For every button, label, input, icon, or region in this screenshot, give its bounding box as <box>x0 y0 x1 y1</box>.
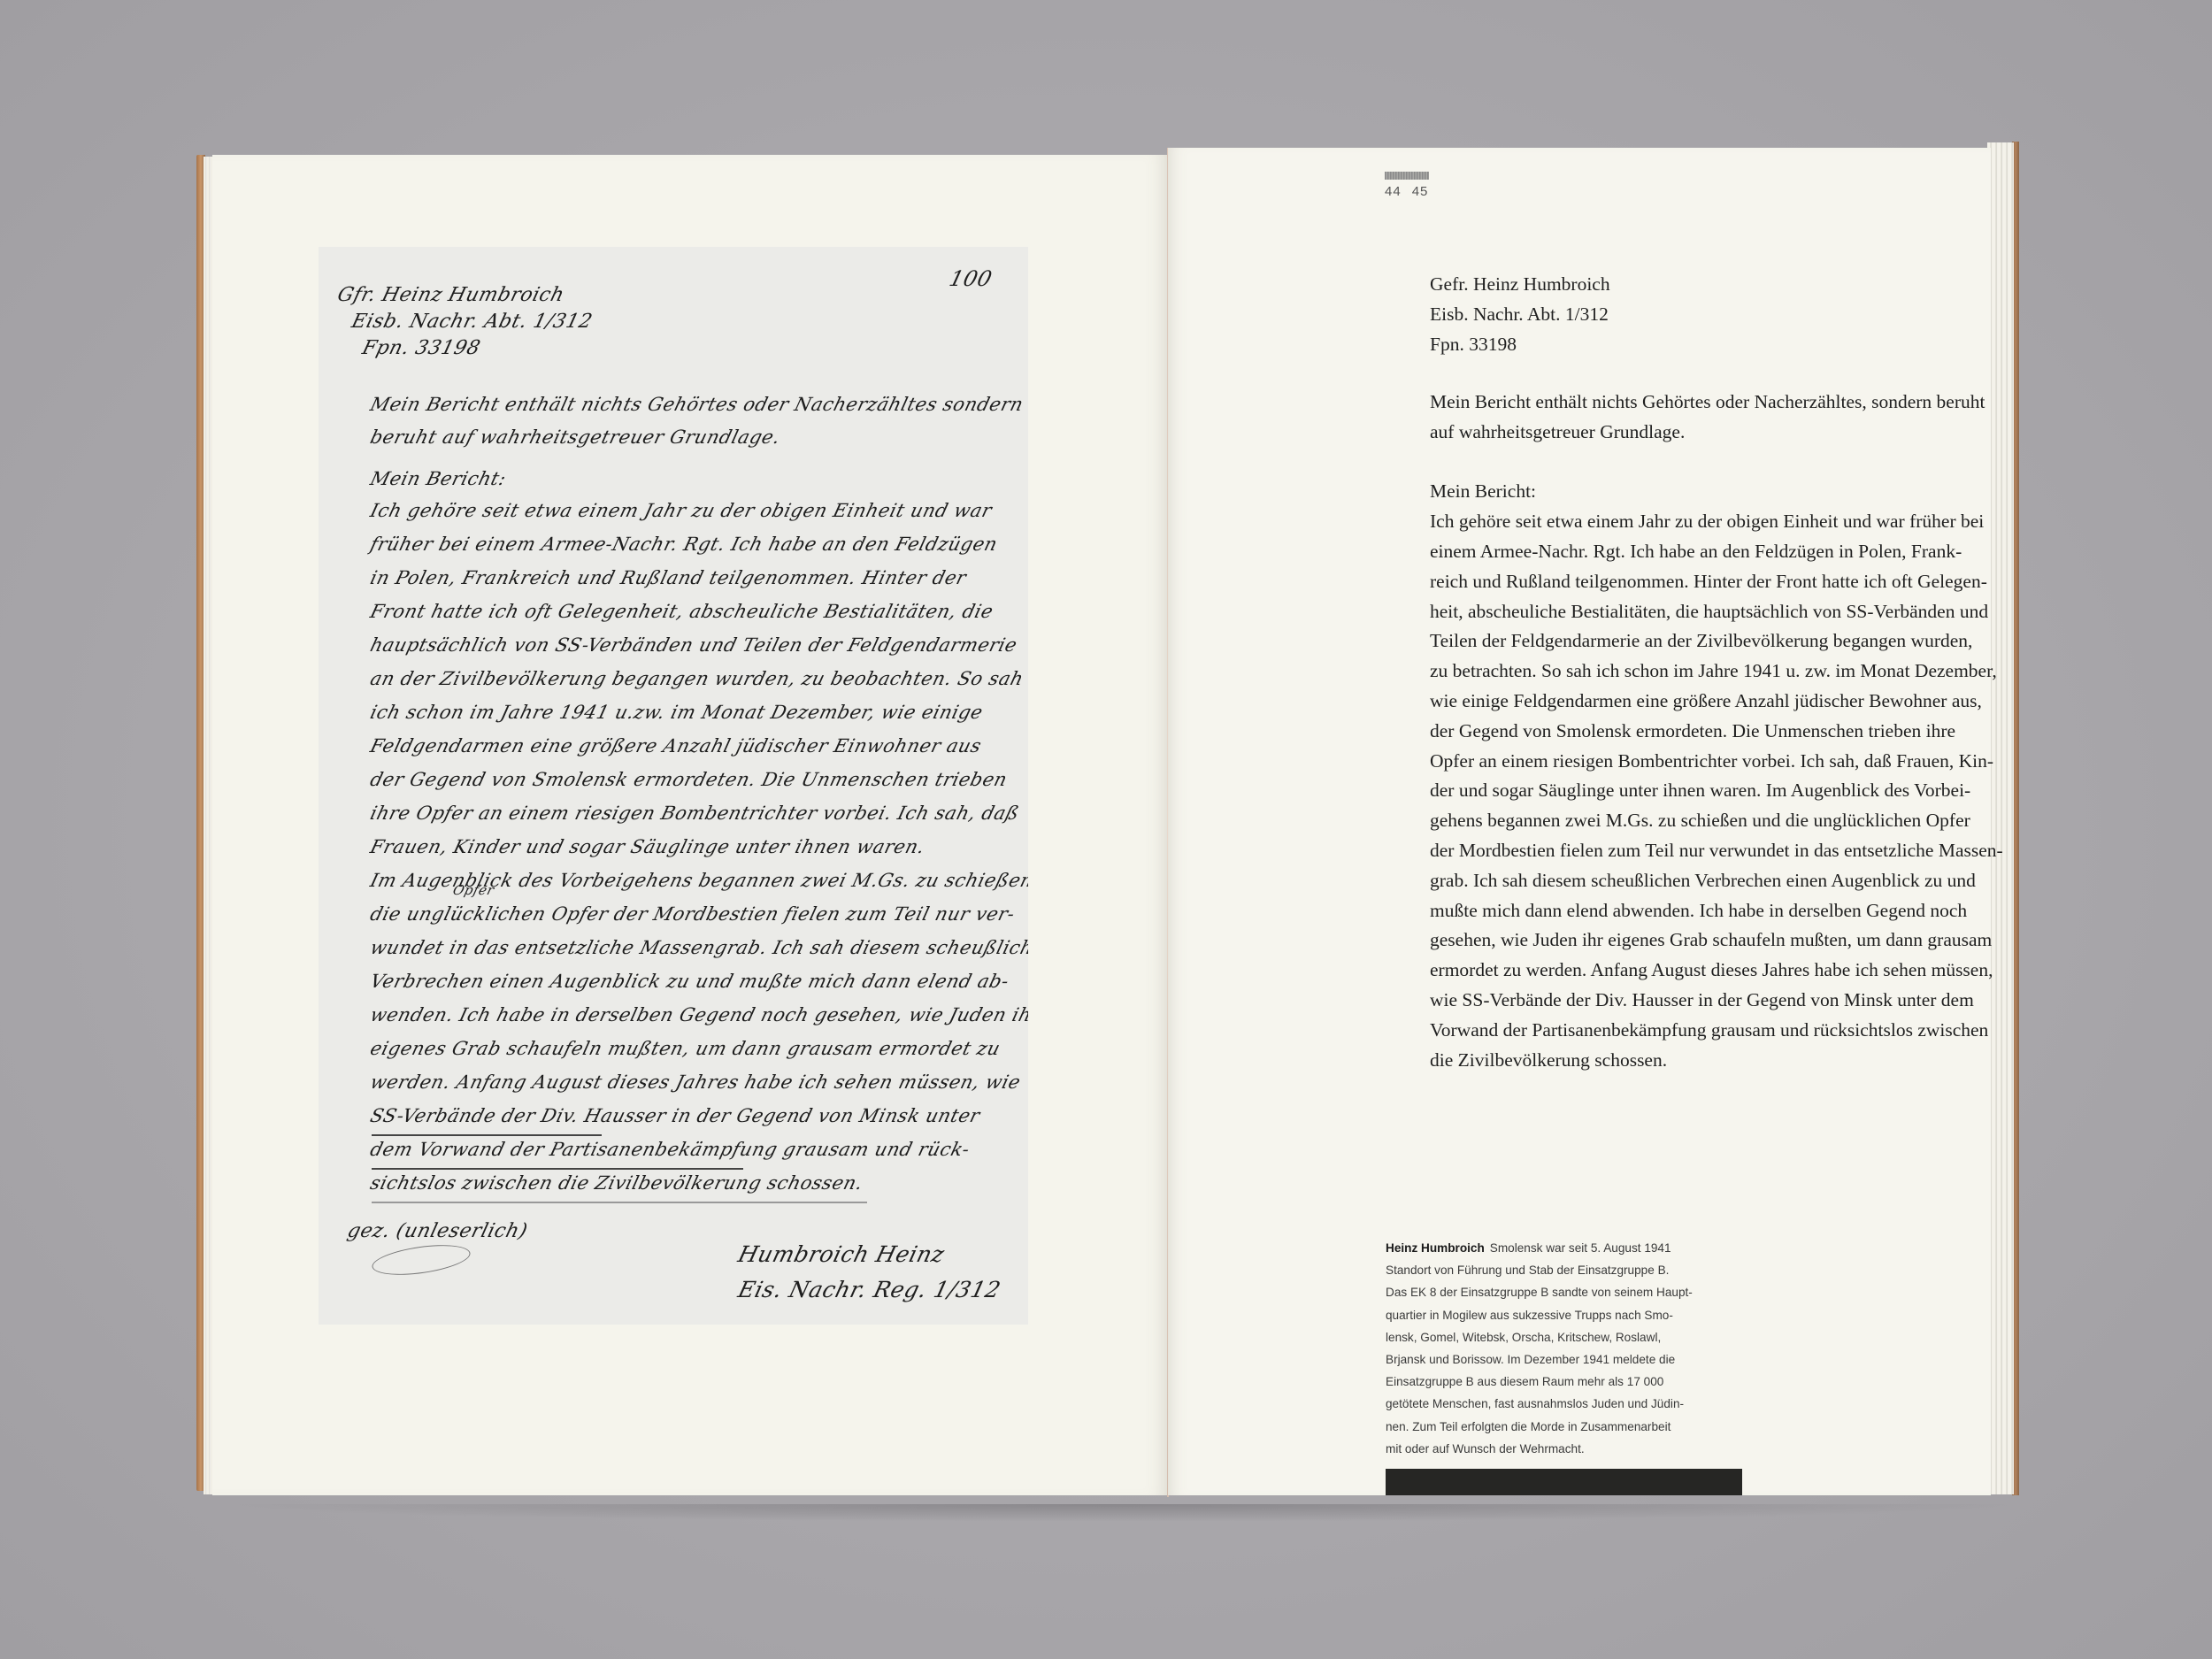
sidenote-text: Smolensk war seit 5. August 1941 <box>1490 1241 1671 1255</box>
sender-unit: Eisb. Nachr. Abt. 1/312 <box>1430 299 1610 329</box>
sidenote-line: getötete Menschen, fast ausnahmslos Jude… <box>1386 1393 1766 1415</box>
page-stack-right <box>1987 142 2014 1494</box>
archival-letter-facsimile: 100 Gfr. Heinz Humbroich Eisb. Nachr. Ab… <box>319 247 1028 1325</box>
signature-flourish <box>370 1240 472 1279</box>
page-number-left: 44 <box>1385 184 1402 199</box>
text-line: der Gegend von Smolensk ermordeten. Die … <box>1430 717 1934 747</box>
sender-name: Gefr. Heinz Humbroich <box>1430 269 1610 299</box>
letter-line: Mein Bericht: <box>366 461 511 496</box>
text-line: ermordet zu werden. Anfang August dieses… <box>1430 956 1934 986</box>
letter-line: sichtslos zwischen die Zivilbevölkerung … <box>366 1165 867 1201</box>
letter-page-stamp: 100 <box>947 266 995 291</box>
text-line: gehens begannen zwei M.Gs. zu schießen u… <box>1430 806 1934 836</box>
letter-header-line: Eisb. Nachr. Abt. 1/312 <box>349 309 595 335</box>
letter-line: an der Zivilbevölkerung begangen wurden,… <box>366 661 1027 696</box>
sender-block: Gefr. Heinz Humbroich Eisb. Nachr. Abt. … <box>1430 269 1610 359</box>
text-line: die Zivilbevölkerung schossen. <box>1430 1046 1934 1076</box>
report-heading: Mein Bericht: <box>1430 477 1934 507</box>
sidenote-line: lensk, Gomel, Witebsk, Orscha, Kritschew… <box>1386 1326 1766 1348</box>
text-line: Ich gehöre seit etwa einem Jahr zu der o… <box>1430 507 1934 537</box>
text-line: einem Armee-Nachr. Rgt. Ich habe an den … <box>1430 537 1934 567</box>
letter-line: wenden. Ich habe in derselben Gegend noc… <box>366 997 1028 1033</box>
letter-line: hauptsächlich von SS-Verbänden und Teile… <box>366 627 1021 663</box>
sidenote-first-line: Heinz HumbroichSmolensk war seit 5. Augu… <box>1386 1237 1766 1259</box>
sidenote-line: quartier in Mogilew aus sukzessive Trupp… <box>1386 1304 1766 1326</box>
sender-field-post-number: Fpn. 33198 <box>1430 329 1610 359</box>
letter-line: Verbrechen einen Augenblick zu und mußte… <box>366 964 1013 999</box>
letter-underline <box>372 1202 867 1203</box>
text-line: reich und Rußland teilgenommen. Hinter d… <box>1430 567 1934 597</box>
text-line: Mein Bericht enthält nichts Gehörtes ode… <box>1430 388 1934 418</box>
letter-underline <box>372 1168 743 1170</box>
witness-signature: gez. (unleserlich) <box>345 1220 530 1242</box>
letter-line: Front hatte ich oft Gelegenheit, abscheu… <box>366 594 997 629</box>
letter-signature-name: Humbroich Heinz <box>734 1238 949 1271</box>
transcription-body: Mein Bericht enthält nichts Gehörtes ode… <box>1430 388 1934 1105</box>
text-line: Vorwand der Partisanenbekämpfung grausam… <box>1430 1016 1934 1046</box>
sidenote-name: Heinz Humbroich <box>1386 1241 1485 1255</box>
letter-header-line: Fpn. 33198 <box>359 335 483 362</box>
intro-paragraph: Mein Bericht enthält nichts Gehörtes ode… <box>1430 388 1934 448</box>
text-line: Opfer an einem riesigen Bombentrichter v… <box>1430 747 1934 777</box>
letter-line: Feldgendarmen eine größere Anzahl jüdisc… <box>366 728 986 764</box>
letter-line: beruht auf wahrheitsgetreuer Grundlage. <box>366 419 785 455</box>
letter-underline <box>372 1134 602 1136</box>
report-paragraph: Mein Bericht: Ich gehöre seit etwa einem… <box>1430 477 1934 1075</box>
letter-line: ich schon im Jahre 1941 u.zw. im Monat D… <box>366 695 987 730</box>
sidenote-line: nen. Zum Teil erfolgten die Morde in Zus… <box>1386 1416 1766 1438</box>
text-line: wie SS-Verbände der Div. Hausser in der … <box>1430 986 1934 1016</box>
letter-line: SS-Verbände der Div. Hausser in der Gege… <box>366 1098 984 1133</box>
letter-line: wundet in das entsetzliche Massengrab. I… <box>366 930 1028 965</box>
letter-line: werden. Anfang August dieses Jahres habe… <box>366 1064 1025 1100</box>
letter-line: Mein Bericht enthält nichts Gehörtes ode… <box>366 387 1027 422</box>
sidenote-line: Einsatzgruppe B aus diesem Raum mehr als… <box>1386 1371 1766 1393</box>
text-line: wie einige Feldgendarmen eine größere An… <box>1430 687 1934 717</box>
letter-line: in Polen, Frankreich und Rußland teilgen… <box>366 560 971 595</box>
page-number-right: 45 <box>1412 184 1429 199</box>
sidenote-line: Das EK 8 der Einsatzgruppe B sandte von … <box>1386 1281 1766 1303</box>
letter-line: früher bei einem Armee-Nachr. Rgt. Ich h… <box>366 526 1002 562</box>
letter-line: die unglücklichen Opfer der Mordbestien … <box>366 896 1019 932</box>
text-line: mußte mich dann elend abwenden. Ich habe… <box>1430 896 1934 926</box>
letter-line: eigenes Grab schaufeln mußten, um dann g… <box>366 1031 1004 1066</box>
text-line: der Mordbestien fielen zum Teil nur verw… <box>1430 836 1934 866</box>
letter-line: der Gegend von Smolensk ermordeten. Die … <box>366 762 1011 797</box>
page-numbers: 44 45 <box>1385 184 1429 199</box>
left-page: 100 Gfr. Heinz Humbroich Eisb. Nachr. Ab… <box>212 155 1168 1495</box>
folio: 44 45 <box>1385 172 1429 199</box>
sidenote-line: Brjansk und Borissow. Im Dezember 1941 m… <box>1386 1348 1766 1371</box>
text-line: zu betrachten. So sah ich schon im Jahre… <box>1430 657 1934 687</box>
letter-line: dem Vorwand der Partisanenbekämpfung gra… <box>366 1132 974 1167</box>
text-line: heit, abscheuliche Bestialitäten, die ha… <box>1430 597 1934 627</box>
letter-line: Ich gehöre seit etwa einem Jahr zu der o… <box>366 493 996 528</box>
letter-line: ihre Opfer an einem riesigen Bombentrich… <box>366 795 1023 831</box>
letter-signature-unit: Eis. Nachr. Reg. 1/312 <box>734 1273 1004 1307</box>
text-line: Teilen der Feldgendarmerie an der Zivilb… <box>1430 626 1934 657</box>
text-line: auf wahrheitsgetreuer Grundlage. <box>1430 418 1934 448</box>
open-book: 100 Gfr. Heinz Humbroich Eisb. Nachr. Ab… <box>196 155 2019 1506</box>
text-line: der und sogar Säuglinge unter ihnen ware… <box>1430 776 1934 806</box>
sidenote-line: Standort von Führung und Stab der Einsat… <box>1386 1259 1766 1281</box>
book-shadow <box>212 1504 2026 1522</box>
marginal-note: Heinz HumbroichSmolensk war seit 5. Augu… <box>1386 1237 1766 1460</box>
decorative-black-bar <box>1386 1469 1742 1495</box>
sidenote-line: mit oder auf Wunsch der Wehrmacht. <box>1386 1438 1766 1460</box>
letter-line: Frauen, Kinder und sogar Säuglinge unter… <box>366 829 929 864</box>
right-page: 44 45 Gefr. Heinz Humbroich Eisb. Nachr.… <box>1168 148 1991 1495</box>
text-line: grab. Ich sah diesem scheußlichen Verbre… <box>1430 866 1934 896</box>
text-line: gesehen, wie Juden ihr eigenes Grab scha… <box>1430 926 1934 956</box>
folio-barcode-mark <box>1385 172 1429 180</box>
letter-header-line: Gfr. Heinz Humbroich <box>334 282 567 309</box>
